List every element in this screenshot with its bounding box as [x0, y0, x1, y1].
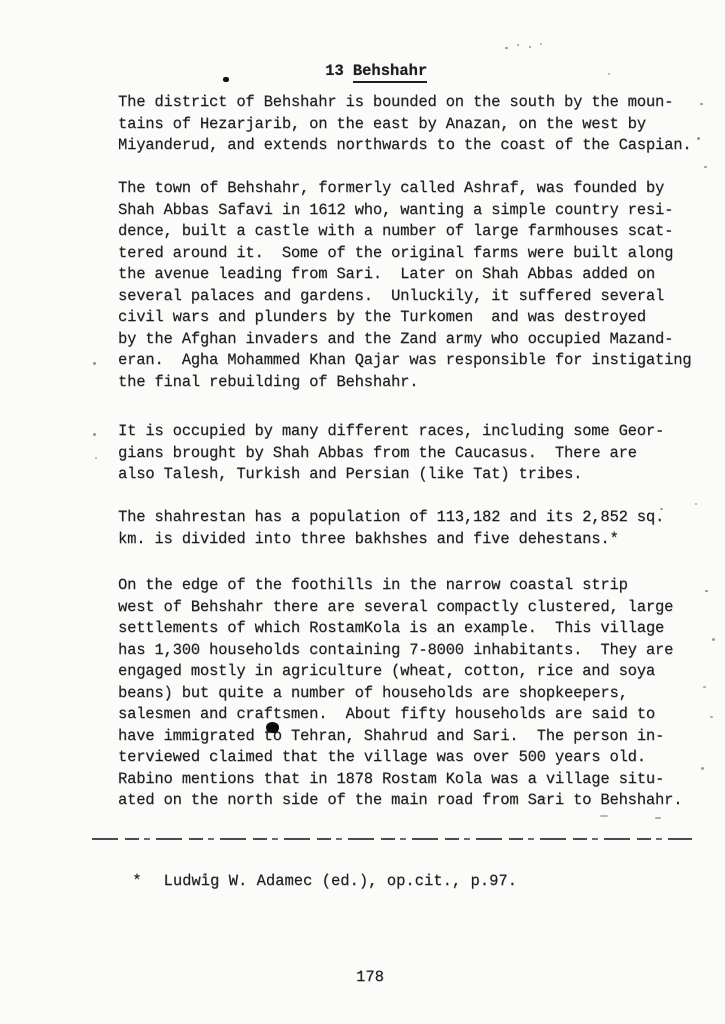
text-line: Shah Abbas Safavi in 1612 who, wanting a…: [118, 200, 710, 222]
text-line: several palaces and gardens. Unluckily, …: [118, 286, 710, 308]
text-line: km. is divided into three bakhshes and f…: [118, 529, 710, 551]
text-line: dence, built a castle with a number of l…: [118, 221, 710, 243]
text-line: eran. Agha Mohammed Khan Qajar was respo…: [118, 350, 710, 372]
section-number: 13: [325, 62, 344, 80]
scan-speck: [93, 433, 96, 436]
paragraph-boundaries: The district of Behshahr is bounded on t…: [118, 92, 710, 157]
text-line: the final rebuilding of Behshahr.: [118, 372, 710, 394]
text-line: also Talesh, Turkish and Persian (like T…: [118, 464, 710, 486]
scan-speck: [710, 716, 713, 718]
text-line: The district of Behshahr is bounded on t…: [118, 92, 710, 114]
paragraph-population: The shahrestan has a population of 113,1…: [118, 507, 710, 550]
scan-speck: [705, 590, 708, 592]
scan-speck: [700, 103, 703, 105]
scan-speck: [505, 47, 508, 49]
scan-speck: [203, 873, 206, 876]
text-line: gians brought by Shah Abbas from the Cau…: [118, 443, 710, 465]
scan-speck: [608, 73, 610, 75]
text-line: engaged mostly in agriculture (wheat, co…: [118, 661, 710, 683]
document-body: The district of Behshahr is bounded on t…: [118, 92, 710, 833]
text-line: beans) but quite a number of households …: [118, 683, 710, 705]
scan-speck: [703, 686, 706, 688]
text-line: west of Behshahr there are several compa…: [118, 597, 710, 619]
text-line: settlements of which RostamKola is an ex…: [118, 618, 710, 640]
footnote-marker: *: [132, 872, 141, 890]
text-line: civil wars and plunders by the Turkomen …: [118, 307, 710, 329]
page-title: 13Behshahr: [288, 44, 427, 98]
footnote-text: Ludwig W. Adamec (ed.), op.cit., p.97.: [164, 872, 517, 890]
text-line: ated on the north side of the main road …: [118, 790, 710, 812]
scan-speck: [697, 137, 700, 140]
scan-speck: [701, 767, 704, 770]
scan-speck: [93, 362, 96, 365]
text-line: The shahrestan has a population of 113,1…: [118, 507, 710, 529]
scan-speck: [600, 815, 608, 817]
text-line: Miyanderud, and extends northwards to th…: [118, 135, 710, 157]
scan-speck: [655, 817, 661, 819]
paragraph-town-history: The town of Behshahr, formerly called As…: [118, 178, 710, 393]
scan-speck: [660, 508, 663, 510]
text-line: tains of Hezarjarib, on the east by Anaz…: [118, 114, 710, 136]
scan-speck: [540, 43, 542, 45]
text-line: have immigrated to Tehran, Shahrud and S…: [118, 726, 710, 748]
page-number: 178: [0, 968, 725, 986]
document-page: 13Behshahr The district of Behshahr is b…: [0, 0, 725, 1024]
text-line: the avenue leading from Sari. Later on S…: [118, 264, 710, 286]
footnote: *Ludwig W. Adamec (ed.), op.cit., p.97.: [95, 849, 517, 914]
scan-speck: [695, 503, 697, 505]
footnote-rule: [92, 838, 692, 840]
scan-speck: [95, 457, 97, 459]
text-line: by the Afghan invaders and the Zand army…: [118, 329, 710, 351]
scan-speck: [704, 166, 707, 168]
text-line: The town of Behshahr, formerly called As…: [118, 178, 710, 200]
paragraph-races: It is occupied by many different races, …: [118, 421, 710, 486]
text-line: Rabino mentions that in 1878 Rostam Kola…: [118, 769, 710, 791]
text-line: On the edge of the foothills in the narr…: [118, 575, 710, 597]
scan-speck: [712, 638, 715, 641]
ink-mark: [223, 77, 229, 82]
text-line: has 1,300 households containing 7-8000 i…: [118, 640, 710, 662]
paragraph-rostamkola: On the edge of the foothills in the narr…: [118, 575, 710, 812]
text-line: salesmen and craftsmen. About fifty hous…: [118, 704, 710, 726]
text-line: terviewed claimed that the village was o…: [118, 747, 710, 769]
text-line: It is occupied by many different races, …: [118, 421, 710, 443]
scan-speck: [517, 44, 519, 46]
scan-speck: [529, 46, 531, 48]
scan-speck: [540, 797, 546, 799]
section-title: Behshahr: [353, 62, 427, 83]
text-line: tered around it. Some of the original fa…: [118, 243, 710, 265]
